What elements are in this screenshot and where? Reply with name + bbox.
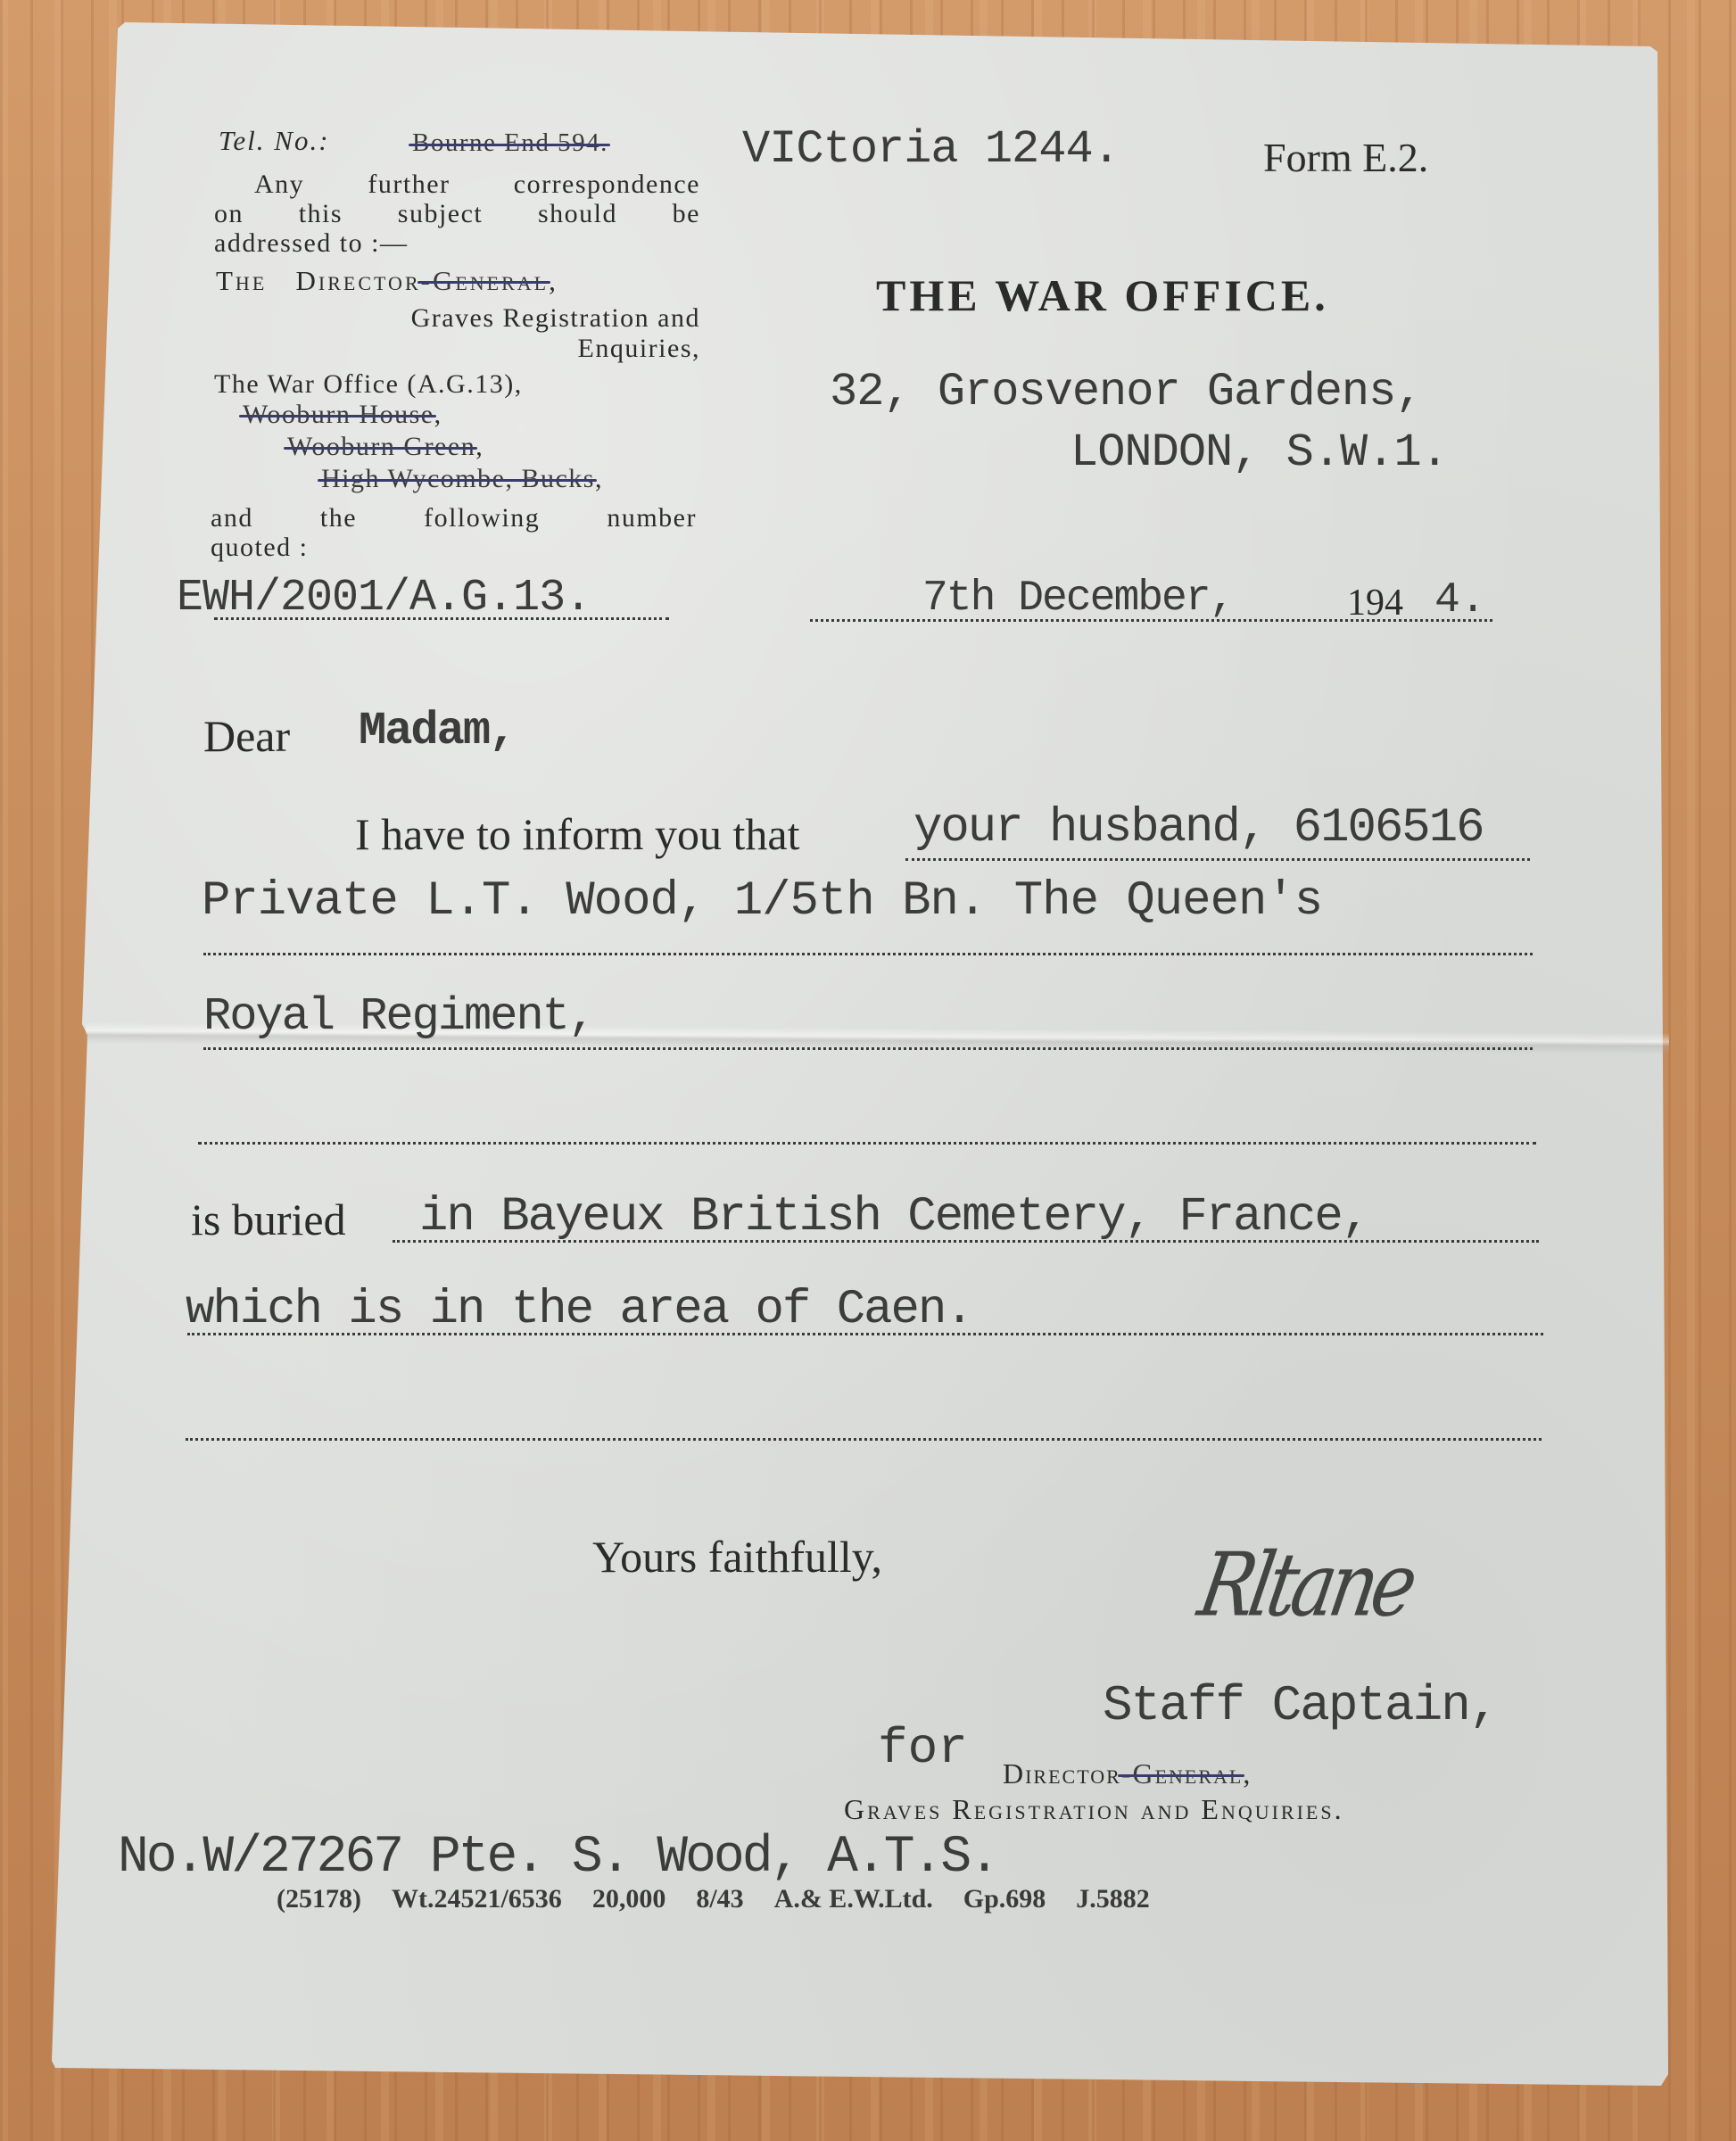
text: further — [368, 169, 450, 199]
valediction: Yours faithfully, — [592, 1531, 882, 1583]
address-line-2: LONDON, S.W.1. — [1071, 426, 1448, 479]
text: subject — [398, 199, 483, 228]
addressee-department-cont: Enquiries, — [312, 334, 700, 363]
text: Any — [254, 169, 304, 199]
closing-department: Graves Registration and Enquiries. — [844, 1793, 1344, 1826]
text: following — [424, 503, 540, 533]
struck-text: High Wycombe, Bucks — [321, 464, 595, 493]
text: addressed to :— — [214, 228, 700, 258]
text: , — [549, 265, 558, 296]
inform-typed: your husband, 6106516 — [913, 801, 1484, 856]
area-line: which is in the area of Caen. — [186, 1283, 972, 1337]
inform-text: I have to inform you that — [355, 808, 800, 860]
buried-text: is buried — [191, 1194, 346, 1245]
addressee-struck-1: Wooburn House, — [243, 400, 442, 429]
address-line-1: 32, Grosvenor Gardens, — [830, 366, 1423, 418]
tel-number-struck: Bourne End 594. — [412, 128, 608, 158]
text: and — [211, 503, 253, 533]
text: Director — [1003, 1757, 1121, 1790]
for-typed: for — [878, 1720, 968, 1777]
tel-number-old: Bourne End 594. — [412, 128, 608, 157]
signatory-title: Staff Captain, — [1103, 1677, 1497, 1734]
text: the — [320, 503, 357, 533]
regiment-line: Royal Regiment, — [203, 990, 594, 1043]
salutation-addressee: Madam, — [359, 705, 515, 757]
office-title: THE WAR OFFICE. — [876, 269, 1329, 321]
addressee-struck-2: Wooburn Green, — [287, 432, 484, 461]
quote-instruction: and the following number quoted : — [211, 503, 697, 562]
soldier-details: Private L.T. Wood, 1/5th Bn. The Queen's — [202, 874, 1322, 929]
body-dotted-line-1 — [905, 858, 1530, 861]
salutation-dear: Dear — [203, 710, 290, 762]
addressee-struck-3: High Wycombe, Bucks, — [321, 464, 603, 493]
text: , — [1243, 1757, 1252, 1790]
text: this — [299, 199, 343, 228]
addressee-department: Graves Registration and — [312, 303, 700, 333]
date-day-month: 7th December, — [922, 575, 1233, 623]
body-dotted-line-2 — [203, 953, 1533, 955]
text: be — [673, 199, 700, 228]
signature: Rltane — [1192, 1535, 1419, 1637]
text: The — [216, 265, 267, 296]
text: should — [538, 199, 617, 228]
printer-name: A.& E.W.Ltd. — [774, 1884, 933, 1914]
telephone-typed: VICtoria 1244. — [742, 123, 1120, 176]
correspondence-instructions: Any further correspondence on this subje… — [214, 169, 700, 258]
body-dotted-line-4 — [198, 1142, 1536, 1145]
struck-general: -General — [421, 265, 549, 296]
struck-text: Wooburn House — [243, 400, 434, 429]
printer-gp: Gp.698 — [963, 1884, 1046, 1914]
printer-qty: 20,000 — [592, 1884, 666, 1914]
addressee-director: The Director-General, — [216, 266, 558, 295]
closing-director: Director-General, — [1003, 1757, 1252, 1790]
struck-text: Wooburn Green — [287, 432, 475, 461]
printer-wt: Wt.24521/6536 — [392, 1884, 562, 1914]
printer-code: (25178) — [277, 1884, 361, 1914]
form-number: Form E.2. — [1263, 134, 1428, 181]
tel-label: Tel. No.: — [219, 125, 330, 157]
printer-imprint: (25178) Wt.24521/6536 20,000 8/43 A.& E.… — [277, 1884, 1150, 1914]
reference-number: EWH/2001/A.G.13. — [177, 573, 591, 624]
date-year-typed: 4. — [1434, 576, 1486, 624]
text: on — [214, 199, 244, 228]
body-dotted-line-7 — [186, 1438, 1542, 1441]
printer-j: J.5882 — [1076, 1884, 1150, 1914]
addressee-war-office: The War Office (A.G.13), — [214, 369, 523, 399]
cemetery-location: in Bayeux British Cemetery, France, — [419, 1190, 1368, 1244]
date-year-printed: 194 — [1347, 582, 1403, 624]
text: quoted : — [211, 533, 697, 562]
text: number — [607, 503, 697, 533]
recipient-typed: No.W/27267 Pte. S. Wood, A.T.S. — [118, 1829, 997, 1887]
printer-date: 8/43 — [696, 1884, 743, 1914]
text: Director — [296, 265, 421, 296]
body-dotted-line-3 — [203, 1047, 1533, 1050]
struck-general: -General — [1121, 1757, 1244, 1790]
text: correspondence — [514, 169, 700, 199]
